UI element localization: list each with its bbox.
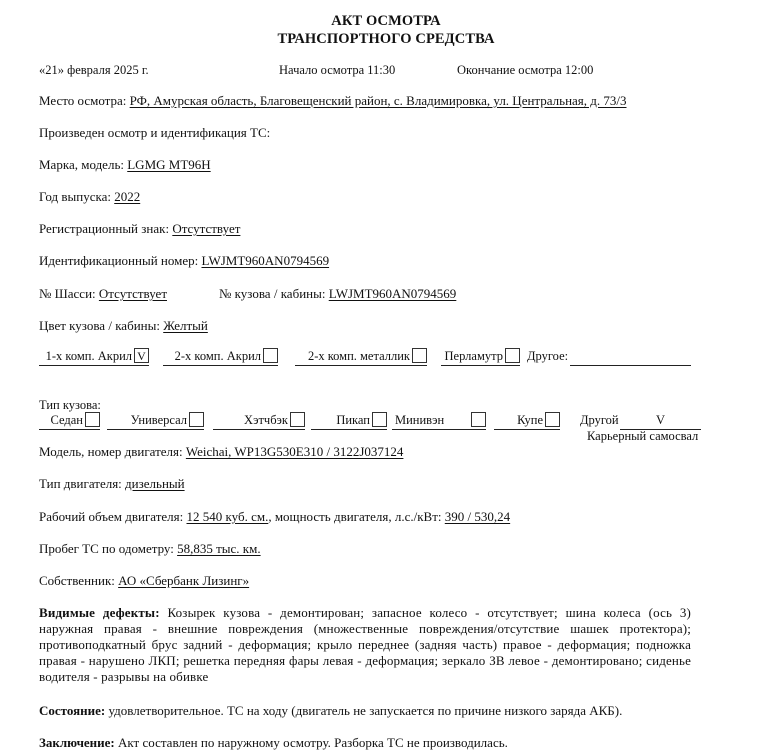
field-engine-volume-label: Рабочий объем двигателя: <box>39 509 187 524</box>
body-option-label: Хэтчбэк <box>244 412 288 429</box>
condition-line: Состояние: удовлетворительное. ТС на ход… <box>39 703 622 719</box>
checkbox[interactable] <box>505 348 520 363</box>
conclusion-label: Заключение: <box>39 735 115 750</box>
field-chassis-label: № Шасси: <box>39 286 99 301</box>
field-body-number-value: LWJMT960AN0794569 <box>329 286 457 301</box>
field-reg-plate-label: Регистрационный знак: <box>39 221 172 236</box>
field-body-number: № кузова / кабины: LWJMT960AN0794569 <box>219 286 456 302</box>
body-type-label: Тип кузова: <box>39 398 101 413</box>
body-other-label: Другой <box>580 412 619 429</box>
field-color-label: Цвет кузова / кабины: <box>39 318 163 333</box>
field-chassis: № Шасси: Отсутствует <box>39 286 167 302</box>
field-engine-model-value: Weichai, WP13G530E310 / 3122J037124 <box>186 444 404 459</box>
field-mileage-value: 58,835 тыс. км. <box>177 541 260 556</box>
body-option-wagon[interactable]: Универсал <box>107 412 204 430</box>
body-option-label: Пикап <box>336 412 370 429</box>
field-color: Цвет кузова / кабины: Желтый <box>39 318 208 334</box>
field-engine-power-label: , мощность двигателя, л.с./кВт: <box>268 509 444 524</box>
field-chassis-value: Отсутствует <box>99 286 167 301</box>
field-engine-power-value: 390 / 530,24 <box>445 509 510 524</box>
document-title-line1: АКТ ОСМОТРА <box>0 13 772 30</box>
checkbox[interactable] <box>372 412 387 427</box>
paint-option-pearl[interactable]: Перламутр <box>441 348 520 366</box>
field-owner: Собственник: АО «Сбербанк Лизинг» <box>39 573 249 589</box>
field-color-value: Желтый <box>163 318 208 333</box>
inspection-date: «21» февраля 2025 г. <box>39 63 149 78</box>
inspection-end-time: Окончание осмотра 12:00 <box>457 63 593 78</box>
field-engine-model-label: Модель, номер двигателя: <box>39 444 186 459</box>
defects-paragraph: Видимые дефекты: Козырек кузова - демонт… <box>39 605 691 685</box>
inspection-start-time: Начало осмотра 11:30 <box>279 63 395 78</box>
checkbox[interactable] <box>189 412 204 427</box>
field-vin-value: LWJMT960AN0794569 <box>201 253 329 268</box>
paint-option-2k-metallic[interactable]: 2-х комп. металлик <box>295 348 427 366</box>
paint-other-label: Другое: <box>527 348 568 365</box>
field-body-number-label: № кузова / кабины: <box>219 286 329 301</box>
paint-option-label: Перламутр <box>445 348 503 365</box>
field-make-model: Марка, модель: LGMG MT96H <box>39 157 211 173</box>
checkbox[interactable] <box>290 412 305 427</box>
field-owner-value: АО «Сбербанк Лизинг» <box>118 573 249 588</box>
body-other-mark[interactable]: V <box>620 412 701 430</box>
field-engine-model: Модель, номер двигателя: Weichai, WP13G5… <box>39 444 403 460</box>
body-option-coupe[interactable]: Купе <box>494 412 560 430</box>
field-year: Год выпуска: 2022 <box>39 189 140 205</box>
body-option-label: Купе <box>517 412 543 429</box>
checkbox[interactable] <box>545 412 560 427</box>
paint-option-label: 2-х комп. металлик <box>308 348 410 365</box>
body-option-label: Минивэн <box>395 412 444 429</box>
field-engine-type: Тип двигателя: дизельный <box>39 476 185 492</box>
field-mileage-label: Пробег ТС по одометру: <box>39 541 177 556</box>
field-mileage: Пробег ТС по одометру: 58,835 тыс. км. <box>39 541 261 557</box>
defects-label: Видимые дефекты: <box>39 605 160 620</box>
field-vin-label: Идентификационный номер: <box>39 253 201 268</box>
checkbox[interactable] <box>471 412 486 427</box>
field-year-label: Год выпуска: <box>39 189 114 204</box>
paint-other-input[interactable] <box>570 348 691 366</box>
paint-option-1k-acrylic[interactable]: 1-х комп. Акрил V <box>39 348 149 366</box>
checkbox[interactable]: V <box>134 348 149 363</box>
condition-label: Состояние: <box>39 703 105 718</box>
field-engine-volume: Рабочий объем двигателя: 12 540 куб. см.… <box>39 509 510 525</box>
body-other-value: Карьерный самосвал <box>587 429 698 444</box>
condition-text: удовлетворительное. ТС на ходу (двигател… <box>105 703 622 718</box>
conclusion-text: Акт составлен по наружному осмотру. Разб… <box>115 735 508 750</box>
body-option-minivan[interactable]: Минивэн <box>392 412 486 430</box>
body-option-label: Седан <box>51 412 83 429</box>
field-year-value: 2022 <box>114 189 140 204</box>
field-place-value: РФ, Амурская область, Благовещенский рай… <box>130 93 627 108</box>
checkbox[interactable] <box>263 348 278 363</box>
field-reg-plate: Регистрационный знак: Отсутствует <box>39 221 240 237</box>
field-engine-type-label: Тип двигателя: <box>39 476 125 491</box>
checkbox[interactable] <box>85 412 100 427</box>
body-option-pickup[interactable]: Пикап <box>311 412 387 430</box>
body-option-hatchback[interactable]: Хэтчбэк <box>213 412 305 430</box>
paint-option-label: 2-х комп. Акрил <box>175 348 261 365</box>
field-make-model-value: LGMG MT96H <box>127 157 210 172</box>
field-make-model-label: Марка, модель: <box>39 157 127 172</box>
body-option-label: Универсал <box>131 412 187 429</box>
field-place: Место осмотра: РФ, Амурская область, Бла… <box>39 93 627 109</box>
paint-option-2k-acrylic[interactable]: 2-х комп. Акрил <box>163 348 278 366</box>
field-vin: Идентификационный номер: LWJMT960AN07945… <box>39 253 329 269</box>
checkbox[interactable] <box>412 348 427 363</box>
field-place-label: Место осмотра: <box>39 93 130 108</box>
field-engine-volume-value: 12 540 куб. см. <box>187 509 269 524</box>
inspection-note: Произведен осмотр и идентификация ТС: <box>39 125 270 141</box>
paint-option-label: 1-х комп. Акрил <box>46 348 132 365</box>
body-option-sedan[interactable]: Седан <box>39 412 100 430</box>
document-title-line2: ТРАНСПОРТНОГО СРЕДСТВА <box>0 31 772 48</box>
field-reg-plate-value: Отсутствует <box>172 221 240 236</box>
field-owner-label: Собственник: <box>39 573 118 588</box>
paint-type-row: 1-х комп. Акрил V 2-х комп. Акрил 2-х ко… <box>0 348 772 368</box>
conclusion-line: Заключение: Акт составлен по наружному о… <box>39 735 508 751</box>
field-engine-type-value: дизельный <box>125 476 185 491</box>
